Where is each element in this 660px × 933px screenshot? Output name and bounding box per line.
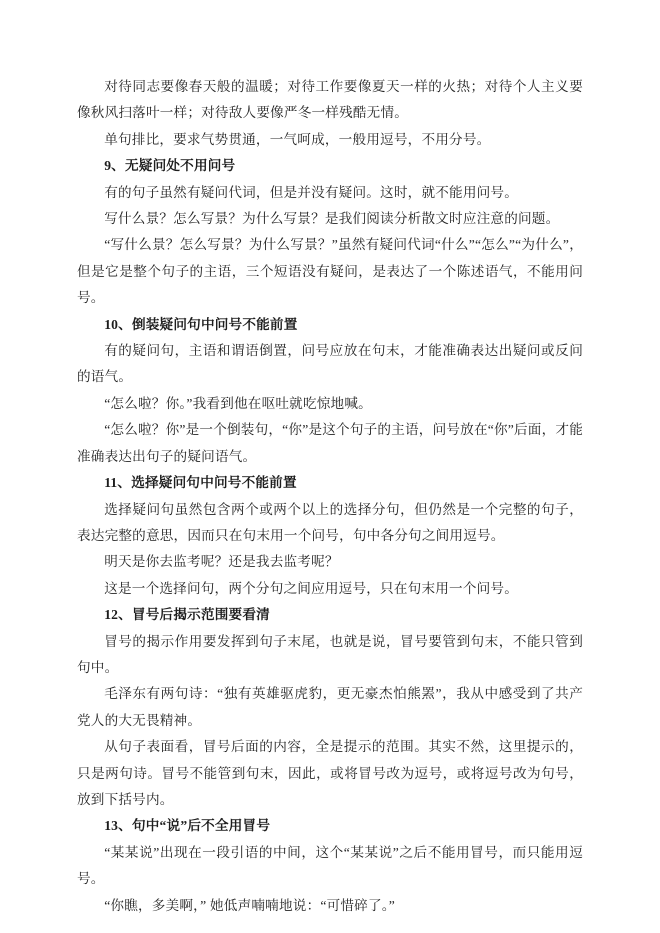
paragraph: 从句子表面看，冒号后面的内容，全是提示的范围。其实不然，这里提示的，只是两句诗。… xyxy=(77,734,583,813)
section-heading: 9、无疑问处不用问号 xyxy=(77,153,583,179)
paragraph: 有的句子虽然有疑问代词，但是并没有疑问。这时，就不能用问号。 xyxy=(77,180,583,206)
paragraph: 写什么景？怎么写景？为什么写景？是我们阅读分析散文时应注意的问题。 xyxy=(77,206,583,232)
paragraph: 冒号的揭示作用要发挥到句子末尾，也就是说，冒号要管到句末，不能只管到句中。 xyxy=(77,629,583,682)
paragraph: “怎么啦？你”是一个倒装句，“你”是这个句子的主语，问号放在“你”后面，才能准确… xyxy=(77,417,583,470)
paragraph: 有的疑问句，主语和谓语倒置，问号应放在句末，才能准确表达出疑问或反问的语气。 xyxy=(77,338,583,391)
document-page: 对待同志要像春天般的温暖；对待工作要像夏天一样的火热；对待个人主义要像秋风扫落叶… xyxy=(0,0,660,933)
document-body: 对待同志要像春天般的温暖；对待工作要像夏天一样的火热；对待个人主义要像秋风扫落叶… xyxy=(77,74,583,919)
section-heading: 11、选择疑问句中问号不能前置 xyxy=(77,470,583,496)
paragraph: 毛泽东有两句诗：“独有英雄驱虎豹，更无豪杰怕熊罴”，我从中感受到了共产党人的大无… xyxy=(77,681,583,734)
paragraph: 这是一个选择问句，两个分句之间应用逗号，只在句末用一个问号。 xyxy=(77,576,583,602)
paragraph: “写什么景？怎么写景？为什么写景？”虽然有疑问代词“什么”“怎么”“为什么”，但… xyxy=(77,232,583,311)
paragraph: 明天是你去监考呢？还是我去监考呢？ xyxy=(77,549,583,575)
section-heading: 13、句中“说”后不全用冒号 xyxy=(77,813,583,839)
paragraph: 对待同志要像春天般的温暖；对待工作要像夏天一样的火热；对待个人主义要像秋风扫落叶… xyxy=(77,74,583,127)
paragraph: “你瞧，多美啊，” 她低声喃喃地说：“可惜碎了。” xyxy=(77,893,583,919)
section-heading: 10、倒装疑问句中问号不能前置 xyxy=(77,312,583,338)
paragraph: “怎么啦？你。”我看到他在呕吐就吃惊地喊。 xyxy=(77,391,583,417)
paragraph: 选择疑问句虽然包含两个或两个以上的选择分句，但仍然是一个完整的句子，表达完整的意… xyxy=(77,497,583,550)
paragraph: 单句排比，要求气势贯通，一气呵成，一般用逗号，不用分号。 xyxy=(77,127,583,153)
paragraph: “某某说”出现在一段引语的中间，这个“某某说”之后不能用冒号，而只能用逗号。 xyxy=(77,840,583,893)
section-heading: 12、冒号后揭示范围要看清 xyxy=(77,602,583,628)
